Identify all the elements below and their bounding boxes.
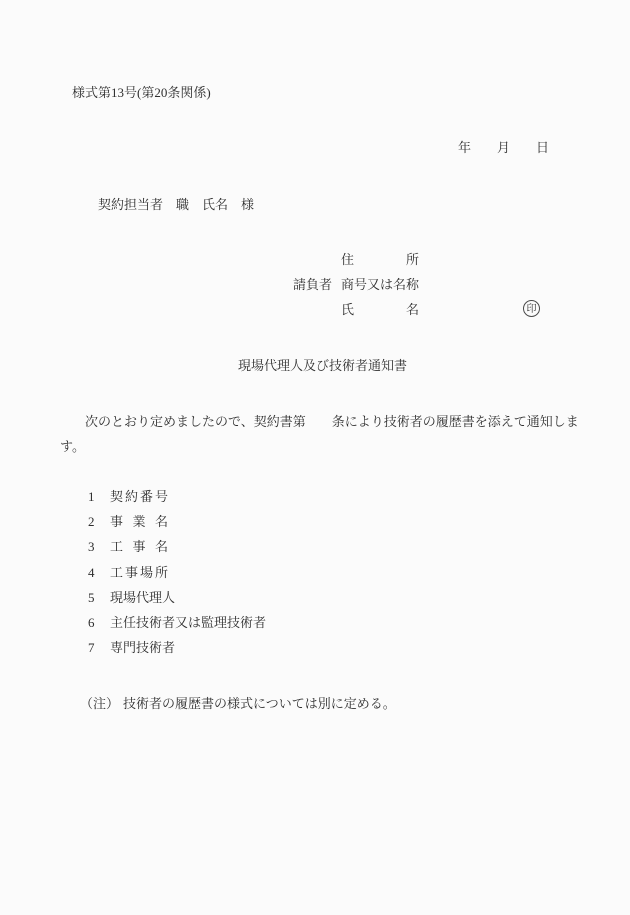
document-page: 様式第13号(第20条関係) 年 月 日 契約担当者 職 氏名 様 請負者 住所… [0, 0, 630, 915]
item-number: 7 [88, 641, 110, 654]
list-item-construction-site: 4工事場所 [88, 566, 168, 579]
note-label: （注） [80, 697, 119, 710]
item-label: 工事名 [110, 540, 168, 553]
item-label: 専門技術者 [110, 641, 175, 654]
item-number: 4 [88, 566, 110, 579]
seal-stamp-icon: 印 [523, 300, 540, 317]
item-label: 工事場所 [110, 566, 168, 579]
contractor-address-field: 住所 [341, 253, 419, 266]
item-number: 5 [88, 591, 110, 604]
document-title: 現場代理人及び技術者通知書 [238, 359, 407, 372]
contractor-role-label: 請負者 [293, 278, 332, 291]
body-paragraph-line-1: 次のとおり定めましたので、契約書第 条により技術者の履歴書を添えて通知しま [85, 415, 579, 428]
form-number: 様式第13号(第20条関係) [72, 86, 211, 99]
item-label: 現場代理人 [110, 591, 175, 604]
item-number: 3 [88, 540, 110, 553]
recipient-line: 契約担当者 職 氏名 様 [98, 198, 254, 211]
note-text: 技術者の履歴書の様式については別に定める。 [123, 697, 396, 710]
item-label: 主任技術者又は監理技術者 [110, 616, 266, 629]
list-item-specialist-engineer: 7専門技術者 [88, 641, 175, 654]
list-item-construction-name: 3工事名 [88, 540, 168, 553]
contractor-company-field: 商号又は名称 [341, 278, 419, 291]
item-number: 6 [88, 616, 110, 629]
item-number: 1 [88, 490, 110, 503]
list-item-chief-engineer: 6主任技術者又は監理技術者 [88, 616, 266, 629]
list-item-project-name: 2事業名 [88, 515, 168, 528]
item-label: 契約番号 [110, 490, 168, 503]
name-label: 氏名 [341, 303, 419, 316]
list-item-site-agent: 5現場代理人 [88, 591, 175, 604]
list-item-contract-number: 1契約番号 [88, 490, 168, 503]
date-line: 年 月 日 [458, 141, 549, 154]
company-label: 商号又は名称 [341, 278, 419, 291]
item-label: 事業名 [110, 515, 168, 528]
body-paragraph-line-2: す。 [60, 440, 85, 453]
item-number: 2 [88, 515, 110, 528]
address-label: 住所 [341, 253, 419, 266]
contractor-name-field: 氏名 [341, 303, 419, 316]
